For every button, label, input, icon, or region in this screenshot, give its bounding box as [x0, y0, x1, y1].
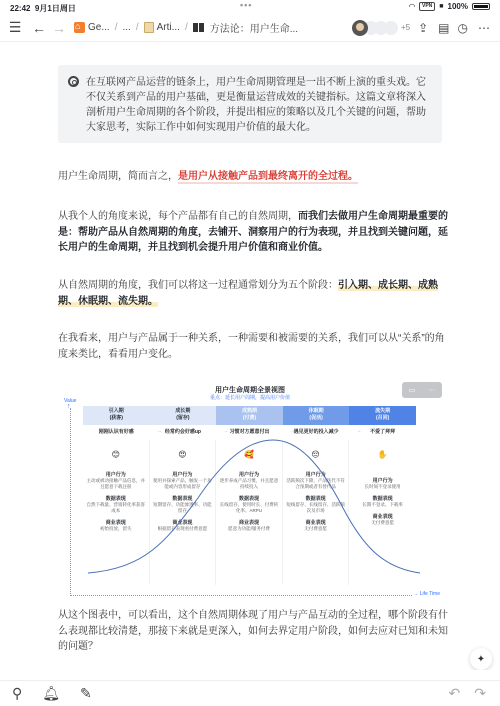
x-axis — [70, 595, 412, 596]
menu-icon[interactable]: ☰ — [8, 19, 22, 36]
wave-hand-emoji-icon: ✋ — [351, 450, 414, 466]
book-icon — [193, 23, 204, 32]
flow-step: 不爱了拜拜 — [349, 428, 416, 435]
heart-eyes-emoji-icon: 😍 — [152, 450, 214, 466]
document-content[interactable]: 在互联网产品运营的链条上，用户生命周期管理是一出不断上演的重头戏。它不仅关系到产… — [0, 43, 500, 670]
paragraph-definition: 用户生命周期，简而言之，是用户从接触产品到最终离开的全过程。 — [58, 169, 448, 185]
stage-column: 😍 用户行为 使用并探索产品，触发一个功能或内容形成留存 数据表现 短期留存、功… — [150, 440, 217, 585]
cell-text: 短期留存、功能渗透率、功能留存 — [152, 502, 214, 514]
share-icon[interactable]: ⇪ — [418, 21, 428, 35]
redo-icon[interactable]: ↷ — [474, 685, 486, 702]
cell-text: 长线留存、使用时长、付费转化率、ARPU — [218, 502, 280, 514]
battery-icon — [472, 3, 490, 10]
stage-dormant: 休眠期(促活) — [283, 406, 350, 425]
chart-subtitle: 重点：延长用户周期，提高用户价值 — [58, 394, 442, 401]
breadcrumb-separator: / — [136, 22, 139, 33]
text: 从我个人的角度来说，每个产品都有自己的自然周期， — [58, 211, 298, 222]
target-icon — [68, 76, 79, 87]
avatar — [352, 20, 368, 36]
cell-text: 主动或被动接触产品信息，并且愿意下载注册 — [85, 478, 147, 490]
sad-emoji-icon: 😔 — [285, 450, 347, 466]
undo-icon[interactable]: ↶ — [449, 685, 461, 702]
paragraph-stages: 从自然周期的角度，我们可以将这一过程通常划分为五个阶段：引入期、成长期、成熟期、… — [58, 278, 448, 309]
stage-mature: 成熟期(付费) — [216, 406, 283, 425]
breadcrumb-separator: / — [115, 22, 118, 33]
cell-text: 愿意为功能/服务付费 — [218, 526, 280, 532]
sparkle-icon: ✦ — [477, 654, 485, 665]
stage-churn: 流失期(召回) — [349, 406, 416, 425]
cell-text: 长期不登录、下载率 — [351, 502, 414, 508]
flow-step: 遇见更好的投入减少→ — [283, 428, 350, 435]
stage-column: 😊 用户行为 主动或被动接触产品信息，并且愿意下载注册 数据表现 自然下载量、营… — [83, 440, 150, 585]
back-arrow-icon[interactable]: ← — [32, 20, 46, 36]
image-actions[interactable]: ▭ ⋯ — [402, 382, 442, 398]
avatar-placeholder — [384, 21, 398, 35]
cell-text: 自然下载量、营销转化率获客成本 — [85, 502, 147, 514]
history-clock-icon[interactable]: ◷ — [458, 21, 468, 35]
highlighted-text: 是用户从接触产品到最终离开的全过程。 — [178, 171, 358, 184]
more-icon[interactable]: ⋯ — [428, 386, 435, 394]
summary-callout: 在互联网产品运营的链条上，用户生命周期管理是一出不断上演的重头戏。它不仅关系到产… — [58, 65, 442, 143]
flow-step: 刚刚认识有好感→ — [83, 428, 150, 435]
breadcrumb-home[interactable]: Ge... — [74, 22, 110, 33]
edit-icon[interactable]: ✎ — [80, 685, 92, 702]
breadcrumb-label: 方法论：用户生命... — [210, 20, 298, 35]
ai-assistant-button[interactable]: ✦ — [470, 648, 492, 670]
bell-icon[interactable]: 🔔︎ — [42, 685, 60, 702]
love-emoji-icon: 🥰 — [218, 450, 280, 466]
text: 从自然周期的角度，我们可以将这一过程通常划分为五个阶段： — [58, 280, 338, 291]
multitask-dots[interactable]: ••• — [240, 0, 252, 10]
flow-step: 习惯对方愿意付出→ — [216, 428, 283, 435]
cell-text: 无付费意愿 — [285, 526, 347, 532]
x-axis-label: → Life Time — [413, 591, 440, 597]
stage-header: 引入期(获客) 成长期(留存) 成熟期(付费) 休眠期(促活) 流失期(召回) — [83, 406, 416, 425]
more-icon[interactable]: ⋯ — [478, 21, 490, 35]
document-icon — [144, 22, 154, 33]
comment-icon[interactable]: ▭ — [409, 386, 416, 394]
stage-growth: 成长期(留存) — [150, 406, 217, 425]
cell-text: 无付费意愿 — [351, 520, 414, 526]
text: 用户生命周期，简而言之， — [58, 171, 178, 182]
y-axis — [70, 408, 71, 596]
breadcrumb-label: Arti... — [157, 22, 180, 33]
breadcrumb-ellipsis[interactable]: ... — [122, 22, 130, 33]
vpn-badge: VPN — [419, 2, 435, 11]
search-icon[interactable]: ⚲ — [12, 685, 22, 702]
stage-column: ✋ 用户行为 长时间不登录使用 数据表现 长期不登录、下载率 商业表现 无付费意… — [349, 440, 416, 585]
smile-emoji-icon: 😊 — [85, 450, 147, 466]
lifecycle-chart-image[interactable]: 用户生命周期全景视图 重点：延长用户周期，提高用户价值 Value ↑ → Li… — [58, 378, 442, 608]
lock-icon: ■ — [439, 3, 443, 10]
cell-text: 长时间不登录使用 — [351, 484, 414, 490]
wifi-icon: ◠ — [409, 2, 415, 11]
nav-bar: ☰ ← → Ge... / ... / Arti... / 方法论：用户生命..… — [0, 14, 500, 42]
breadcrumb-current[interactable]: 方法论：用户生命... — [193, 20, 298, 35]
relationship-flow: 刚刚认识有好感→ 经常约会好感up→ 习惯对方愿意付出→ 遇见更好的投入减少→ … — [83, 428, 416, 435]
cell-text: 逐步养成产品习惯，并且愿意持续投入 — [218, 478, 280, 490]
breadcrumb-label: Ge... — [88, 22, 110, 33]
flow-step: 经常约会好感up→ — [150, 428, 217, 435]
paragraph-relationship: 在我看来，用户与产品属于一种关系，一种需要和被需要的关系，我们可以从“关系”的角… — [58, 331, 448, 362]
cell-text: 初始投放，留失 — [85, 526, 147, 532]
breadcrumb-label: ... — [122, 22, 130, 33]
breadcrumb-separator: / — [185, 22, 188, 33]
collaborators-count: +5 — [401, 23, 410, 32]
paragraph-perspective: 从我个人的角度来说，每个产品都有自己的自然周期，而我们去做用户生命周期最重要的是… — [58, 209, 448, 256]
collaborators[interactable]: +5 — [352, 20, 410, 36]
cell-text: 根据留存表现看付费意愿 — [152, 526, 214, 532]
summary-text: 在互联网产品运营的链条上，用户生命周期管理是一出不断上演的重头戏。它不仅关系到产… — [86, 75, 430, 135]
stage-intro: 引入期(获客) — [83, 406, 150, 425]
paragraph-conclusion: 从这个图表中，可以看出，这个自然周期体现了用户与产品互动的全过程，哪个阶段有什么… — [58, 608, 448, 655]
stage-column: 🥰 用户行为 逐步养成产品习惯，并且愿意持续投入 数据表现 长线留存、使用时长、… — [216, 440, 283, 585]
comment-icon[interactable]: ▤ — [438, 21, 449, 35]
cell-text: 活跃频次下降，产品迭代不符合预期或者有替代品 — [285, 478, 347, 490]
stage-details-grid: 😊 用户行为 主动或被动接触产品信息，并且愿意下载注册 数据表现 自然下载量、营… — [83, 440, 416, 585]
status-indicators: ◠ VPN ■ 100% — [409, 2, 490, 11]
breadcrumb-article[interactable]: Arti... — [144, 22, 180, 33]
cell-text: 短线留存、长线留存、活跃频次及市场 — [285, 502, 347, 514]
cell-text: 使用并探索产品，触发一个功能或内容形成留存 — [152, 478, 214, 490]
stage-column: 😔 用户行为 活跃频次下降，产品迭代不符合预期或者有替代品 数据表现 短线留存、… — [283, 440, 350, 585]
status-time: 22:42 9月1日周日 — [10, 3, 76, 14]
status-bar: 22:42 9月1日周日 ••• ◠ VPN ■ 100% — [0, 0, 500, 14]
battery-percent: 100% — [448, 2, 468, 11]
forward-arrow-icon[interactable]: → — [52, 20, 66, 36]
home-icon — [74, 22, 85, 33]
bottom-toolbar: ⚲ 🔔︎ ✎ ↶ ↷ — [0, 680, 500, 706]
